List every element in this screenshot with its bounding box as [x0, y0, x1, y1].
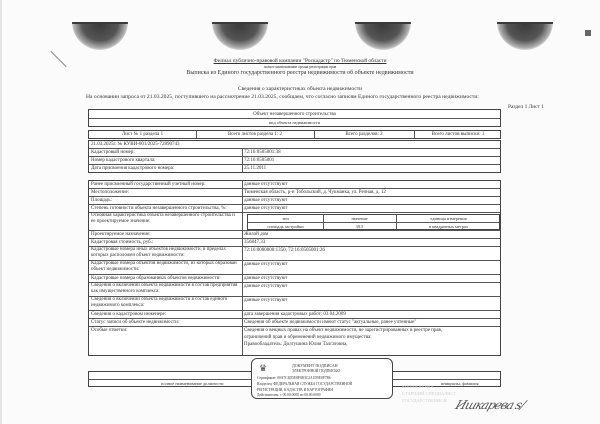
row-label: Статус записи об объекте недвижимости:	[89, 319, 181, 326]
char-unit: в квадратных метрах	[396, 223, 501, 230]
sections-total: Всего разделов: 2	[314, 131, 414, 138]
char-type: площадь застройки	[248, 223, 323, 230]
document-subtitle: Сведения о характеристиках объекта недви…	[100, 86, 500, 92]
purpose-value: Жилой дом	[242, 231, 270, 238]
col-header: единица измерения	[396, 215, 501, 222]
row-label: Кадастровая стоимость, руб.:	[89, 239, 155, 246]
row-value: данные отсутствуют	[242, 283, 289, 290]
object-type: Объект незавершенного строительства	[89, 111, 500, 118]
stamp-line: Владелец: ФЕДЕРАЛЬНАЯ СЛУЖБА ГОСУДАРСТВЕ…	[257, 382, 352, 386]
row-value: данные отсутствуют	[242, 181, 289, 188]
row-value: 72:16:0000000:1350, 72:16:0505001:26	[242, 247, 327, 254]
row-label: Проектируемое назначение:	[89, 231, 153, 238]
row-value: дата завершения кадастровых работ: 03.04…	[242, 311, 348, 318]
punch-hole-artifact	[497, 22, 553, 50]
position-caption: полное наименование должности	[159, 380, 225, 387]
stamp-line: ДОКУМЕНТ ПОДПИСАН	[292, 363, 338, 368]
sheets-total: Всего листов выписки: 1	[414, 131, 502, 138]
object-type-box: Объект незавершенного строительства вид …	[88, 109, 501, 127]
row-label: Сведения о включении объекта недвижимост…	[89, 283, 242, 295]
row-value: данные отсутствуют	[242, 205, 289, 212]
coat-of-arms-icon: ♛	[258, 362, 268, 374]
row-value: данные отсутствуют	[242, 297, 289, 304]
address-value: Тюменская область, р-н Тобольский, д. Чу…	[242, 189, 388, 196]
scan-dot	[585, 30, 591, 36]
agency-caption: полное наименование органа регистрации п…	[100, 65, 500, 69]
faint-stamp-line: КОПИЯ ВЕРНА	[402, 384, 434, 389]
stamp-line: ЭЛЕКТРОННОЙ ПОДПИСЬЮ	[292, 369, 340, 373]
ident-label: Кадастровый номер:	[89, 149, 137, 156]
record-id: 21.03.2025г. № КУВИ-001/2025-72890743	[89, 141, 181, 148]
cadastral-quarter: 72:16:0505001	[242, 157, 276, 164]
punch-hole-artifact	[72, 22, 128, 50]
stamp-line: Сертификат: 00A7C4D5E8F6B3C2A1D9E0F7B6	[257, 376, 331, 380]
ident-label: Номер кадастрового квартала:	[89, 157, 157, 164]
document-title: Выписка из Единого государственного реес…	[60, 70, 540, 76]
row-label: Сведения о кадастровом инженере:	[89, 311, 168, 318]
row-label: Особые отметки:	[89, 327, 129, 334]
notes-line: ограничений прав и обременений недвижимо…	[242, 334, 374, 341]
section-label: Раздел 1 Лист 1	[508, 104, 544, 110]
request-basis: На основании запроса от 21.03.2025, пост…	[86, 94, 479, 100]
row-value: данные отсутствуют	[242, 197, 289, 204]
ident-table: 21.03.2025г. № КУВИ-001/2025-72890743 Ка…	[88, 140, 501, 173]
characteristics-table: Ранее присвоенный государственный учетны…	[88, 180, 501, 356]
sheets-in-section: Всего листов раздела 1: 2	[196, 131, 314, 138]
handwritten-signature: Ишкарева ѕ/	[453, 398, 526, 412]
faint-stamp-line: СТАРШИЙ СПЕЦИАЛИСТ	[402, 391, 456, 396]
sheet-number: Лист № 1 раздела 1	[89, 131, 196, 138]
sheet-info-bar: Лист № 1 раздела 1 Всего листов раздела …	[88, 130, 501, 139]
col-header: значение	[323, 215, 396, 222]
row-label: Кадастровые номера иных объектов недвижи…	[89, 247, 242, 259]
row-label: Кадастровые номера образованных объектов…	[89, 275, 223, 282]
punch-hole-artifact	[212, 22, 268, 50]
punch-hole-artifact	[355, 22, 411, 50]
row-label: Площадь:	[89, 197, 114, 204]
cadastral-number: 72:16:0505001:38	[242, 149, 283, 156]
cadastral-value: 356847.33	[242, 239, 267, 246]
owner-line: Правообладатель: Долгушина Юлия Талгатов…	[242, 341, 350, 348]
char-value: 39.5	[323, 223, 396, 230]
ident-label: Дата присвоения кадастрового номера:	[89, 165, 176, 172]
row-label: Сведения о включении объекта недвижимост…	[89, 297, 242, 309]
row-label: Местоположение:	[89, 189, 131, 196]
stamp-line: Действителен: с 00.00.0000 по 00.00.0000	[257, 393, 321, 397]
name-caption: инициалы, фамилия	[439, 380, 481, 387]
row-label: Ранее присвоенный государственный учетны…	[89, 181, 208, 188]
notes-line: Сведения о вещных правах на объект недви…	[242, 327, 444, 334]
row-label: Степень готовности объекта незавершенног…	[89, 205, 229, 212]
object-type-caption: вид объекта недвижимости	[89, 119, 500, 126]
row-label: Основная характеристика объекта незаверш…	[89, 213, 242, 225]
row-value: данные отсутствуют	[242, 261, 289, 268]
electronic-signature-stamp: ♛ ДОКУМЕНТ ПОДПИСАН ЭЛЕКТРОННОЙ ПОДПИСЬЮ…	[251, 358, 393, 399]
scan-edge	[0, 0, 2, 424]
scan-scratch	[50, 51, 66, 67]
col-header: тип	[248, 215, 323, 222]
row-label: Кадастровые номера объектов недвижимости…	[89, 261, 242, 273]
row-value: данные отсутствуют	[242, 275, 289, 282]
faint-stamp-line: ГОСУДАРСТВЕННОЙ	[402, 398, 447, 403]
characteristics-subtable: тип значение единица измерения площадь з…	[247, 214, 500, 230]
scanned-document-page: Филиал публично-правовой компании "Роска…	[0, 0, 600, 424]
status-value: Сведения об объекте недвижимости имеют с…	[242, 319, 418, 326]
stamp-line: РЕГИСТРАЦИИ, КАДАСТРА И КАРТОГРАФИИ	[257, 388, 333, 392]
agency-name: Филиал публично-правовой компании "Роска…	[100, 58, 500, 64]
assign-date: 25.11.2011	[242, 165, 268, 172]
